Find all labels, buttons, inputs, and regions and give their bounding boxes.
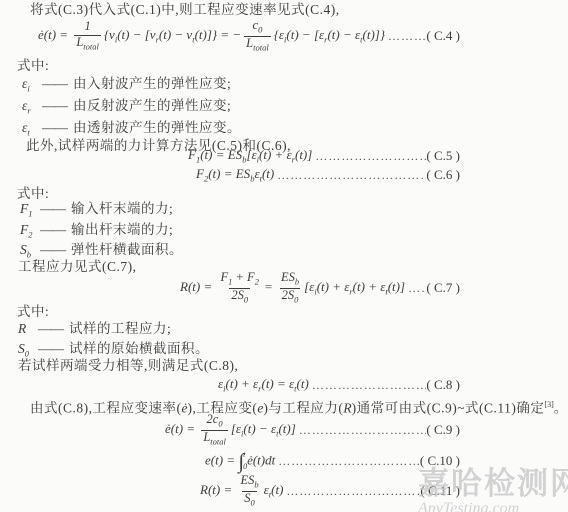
equation-row-c6: F2(t) = ESbεt(t) …………………………………………………… ( …: [30, 166, 460, 184]
reference-superscript: [3]: [544, 400, 553, 409]
symbol-f1: F1: [20, 201, 40, 222]
definition-text: 输出杆末端的力;: [71, 222, 173, 238]
equation-row-c11: R(t) = ESbS0εt(t) …………………………………………………… (…: [30, 478, 460, 504]
dash: ——: [40, 222, 65, 238]
symbol-f2: F2: [20, 222, 40, 243]
dot-leader-c11: ……………………………………………………: [283, 484, 420, 499]
definition-row-r: R —— 试样的工程应力;: [18, 321, 171, 342]
equation-c4: ė(t) = 1Ltotal{vi(t) − [vr(t) − vt(t)]} …: [38, 19, 385, 53]
definition-text: 由入射波产生的弹性应变;: [73, 76, 231, 92]
equation-number-c8: ( C.8 ): [426, 377, 460, 393]
dot-leader-c9: ……………………………………………………: [296, 423, 427, 438]
definition-text: 试样的原始横截面积。: [69, 341, 209, 357]
symbol-epsilon-i: εi: [22, 76, 42, 97]
symbol-r: R: [18, 321, 38, 342]
definition-text: 输入杆末端的力;: [71, 201, 173, 217]
equation-number-c9: ( C.9 ): [426, 422, 460, 438]
dash: ——: [42, 120, 67, 136]
equation-row-c9: ė(t) = 2c0Ltotal[εi(t) − εt(t)] ………………………: [30, 416, 460, 444]
where-label-1: 式中:: [17, 58, 49, 74]
definition-row-f2: F2 —— 输出杆末端的力;: [20, 222, 173, 243]
equation-c6: F2(t) = ESbεt(t): [196, 166, 274, 184]
equation-c11: R(t) = ESbS0εt(t): [200, 474, 283, 508]
text-segment: 由式(C.8),工程应变速率(: [30, 401, 182, 416]
symbol-epsilon-r: εr: [22, 98, 42, 119]
paragraph-stress: 工程应力见式(C.7),: [18, 259, 137, 275]
definition-row-f1: F1 —— 输入杆末端的力;: [20, 201, 173, 222]
equation-c8: εi(t) + εr(t) = εt(t): [218, 376, 309, 394]
paragraph-determination: 由式(C.8),工程应变速率(ė),工程应变(e)与工程应力(R)通常可由式(C…: [30, 397, 568, 417]
equation-row-c4: ė(t) = 1Ltotal{vi(t) − [vr(t) − vt(t)]} …: [30, 22, 460, 50]
paragraph-equilibrium: 若试样两端受力相等,则满足式(C.8),: [18, 358, 238, 374]
text-segment: )通常可由式(C.9)~式(C.11)确定: [352, 401, 545, 416]
dot-leader-c8: ……………………………………………………: [309, 378, 427, 393]
definition-text: 由反射波产生的弹性应变;: [73, 98, 231, 114]
equation-number-c10: ( C.10 ): [420, 453, 460, 469]
dot-leader-c5: ……………………………………………………: [312, 149, 426, 164]
dot-leader-c7: ……………………………………………………: [405, 281, 426, 296]
definition-text: 弹性杆横截面积。: [71, 242, 183, 258]
equation-row-c8: εi(t) + εr(t) = εt(t) …………………………………………………: [30, 376, 460, 394]
equation-row-c5: F1(t) = ESb[εi(t) + εr(t)] ……………………………………: [30, 147, 460, 165]
where-label-2: 式中:: [17, 186, 49, 202]
equation-number-c4: ( C.4 ): [426, 28, 460, 44]
symbol-r: R: [343, 401, 351, 416]
definition-text: 试样的工程应力;: [69, 321, 171, 337]
equation-number-c7: ( C.7 ): [426, 280, 460, 296]
dash: ——: [42, 98, 67, 114]
dash: ——: [40, 242, 65, 258]
equation-c9: ė(t) = 2c0Ltotal[εi(t) − εt(t)]: [165, 413, 296, 447]
equation-c7: R(t) = F1 + F22S0= ESb2S0[εi(t) + εr(t) …: [180, 271, 405, 305]
text-segment: 。: [554, 401, 568, 416]
paragraph-intro: 将式(C.3)代入式(C.1)中,则工程应变速率见式(C.4),: [30, 2, 340, 18]
dot-leader-c4: ……………………………………………………: [385, 29, 426, 44]
where-label-3: 式中:: [17, 304, 49, 320]
definition-row-epsilon-i: εi —— 由入射波产生的弹性应变;: [22, 76, 231, 97]
equation-number-c5: ( C.5 ): [426, 148, 460, 164]
dash: ——: [42, 76, 67, 92]
dash: ——: [40, 201, 65, 217]
definition-row-epsilon-r: εr —— 由反射波产生的弹性应变;: [22, 98, 231, 119]
equation-c5: F1(t) = ESb[εi(t) + εr(t)]: [188, 147, 312, 165]
equation-row-c7: R(t) = F1 + F22S0= ESb2S0[εi(t) + εr(t) …: [30, 275, 460, 301]
dash: ——: [38, 341, 63, 357]
definition-text: 由透射波产生的弹性应变。: [73, 120, 241, 136]
dash: ——: [38, 321, 63, 337]
equation-number-c11: ( C.11 ): [420, 483, 460, 499]
document-page: 将式(C.3)代入式(C.1)中,则工程应变速率见式(C.4), ė(t) = …: [0, 0, 568, 512]
equation-row-c10: e(t) = ∫t0ė(t)dt …………………………………………………… ( …: [30, 448, 460, 474]
dot-leader-c10: ……………………………………………………: [275, 454, 420, 469]
equation-number-c6: ( C.6 ): [426, 167, 460, 183]
equation-c10: e(t) = ∫t0ė(t)dt: [205, 451, 275, 472]
dot-leader-c6: ……………………………………………………: [274, 168, 426, 183]
